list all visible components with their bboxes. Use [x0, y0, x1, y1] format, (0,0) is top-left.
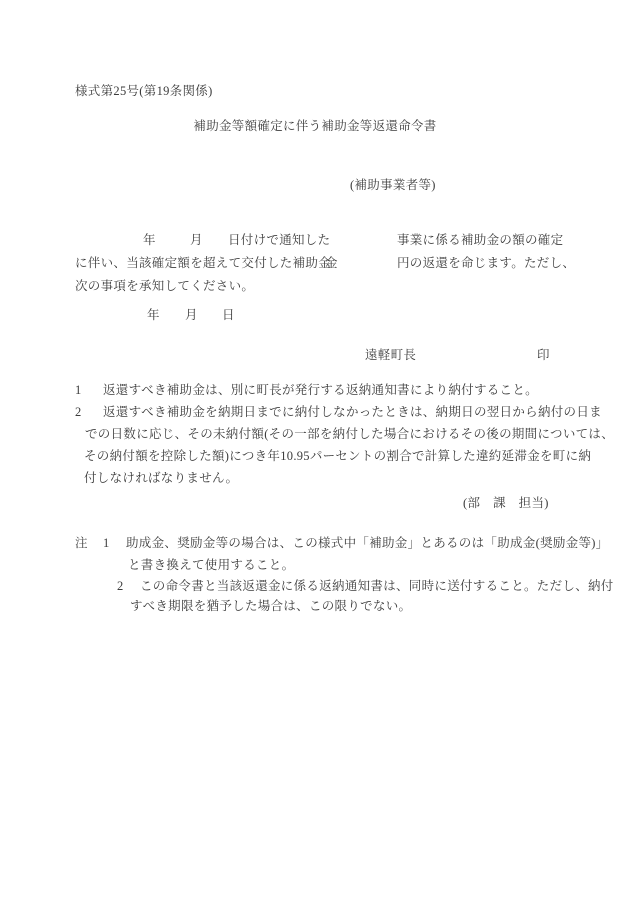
- form-number: 様式第25号(第19条関係): [75, 84, 213, 99]
- note-1-line-1: 助成金、奨励金等の場合は、この様式中「補助金」とあるのは「助成金(奨励金等)」: [126, 536, 609, 551]
- note-2-line-2: すべき期限を猶予した場合は、この限りでない。: [130, 599, 411, 614]
- notice-business-text: 事業に係る補助金の額の確定: [397, 233, 563, 248]
- item-2-line-1: 返還すべき補助金を納期日までに納付しなかったときは、納期日の翌日から納付の日ま: [103, 405, 602, 420]
- document-title: 補助金等額確定に伴う補助金等返還命令書: [0, 119, 630, 134]
- item-2-line-4: 付しなければなりません。: [84, 471, 238, 486]
- item-2-number: 2: [75, 405, 82, 420]
- note-2-line-1: この命令書と当該返還金に係る返納通知書は、同時に送付すること。ただし、納付: [140, 579, 614, 594]
- item-1-text: 返還すべき補助金は、別に町長が発行する返納通知書により納付すること。: [103, 383, 538, 398]
- document-page: 様式第25号(第19条関係) 補助金等額確定に伴う補助金等返還命令書 (補助事業…: [0, 0, 630, 915]
- notice-line2-left: に伴い、当該確定額を超えて交付した補助金: [75, 256, 331, 271]
- notice-line2-right: 円の返還を命じます。ただし、: [397, 256, 575, 271]
- date-month-label: 月: [185, 308, 198, 323]
- notice-amount-label: 金: [325, 256, 338, 271]
- notice-notified-text: 日付けで通知した: [228, 233, 330, 248]
- notice-year-label: 年: [143, 233, 156, 248]
- notice-line-3: 次の事項を承知してください。: [75, 279, 254, 294]
- notice-month-label: 月: [190, 233, 203, 248]
- contact-note: (部 課 担当): [463, 496, 549, 511]
- item-2-line-2: での日数に応じ、その未納付額(その一部を納付した場合におけるその後の期間について…: [85, 427, 614, 442]
- note-1-number: 1: [103, 536, 110, 551]
- date-day-label: 日: [222, 308, 235, 323]
- note-1-line-2: と書き換えて使用すること。: [128, 558, 294, 573]
- item-2-line-3: その納付額を控除した額)につき年10.95パーセントの割合で計算した違約延滞金を…: [84, 449, 591, 464]
- notes-label: 注: [75, 536, 88, 551]
- date-year-label: 年: [147, 308, 160, 323]
- addressee-label: (補助事業者等): [350, 178, 436, 193]
- seal-placeholder: 印: [537, 348, 550, 363]
- issuer-name: 遠軽町長: [365, 348, 416, 363]
- note-2-number: 2: [117, 579, 124, 594]
- item-1-number: 1: [75, 383, 82, 398]
